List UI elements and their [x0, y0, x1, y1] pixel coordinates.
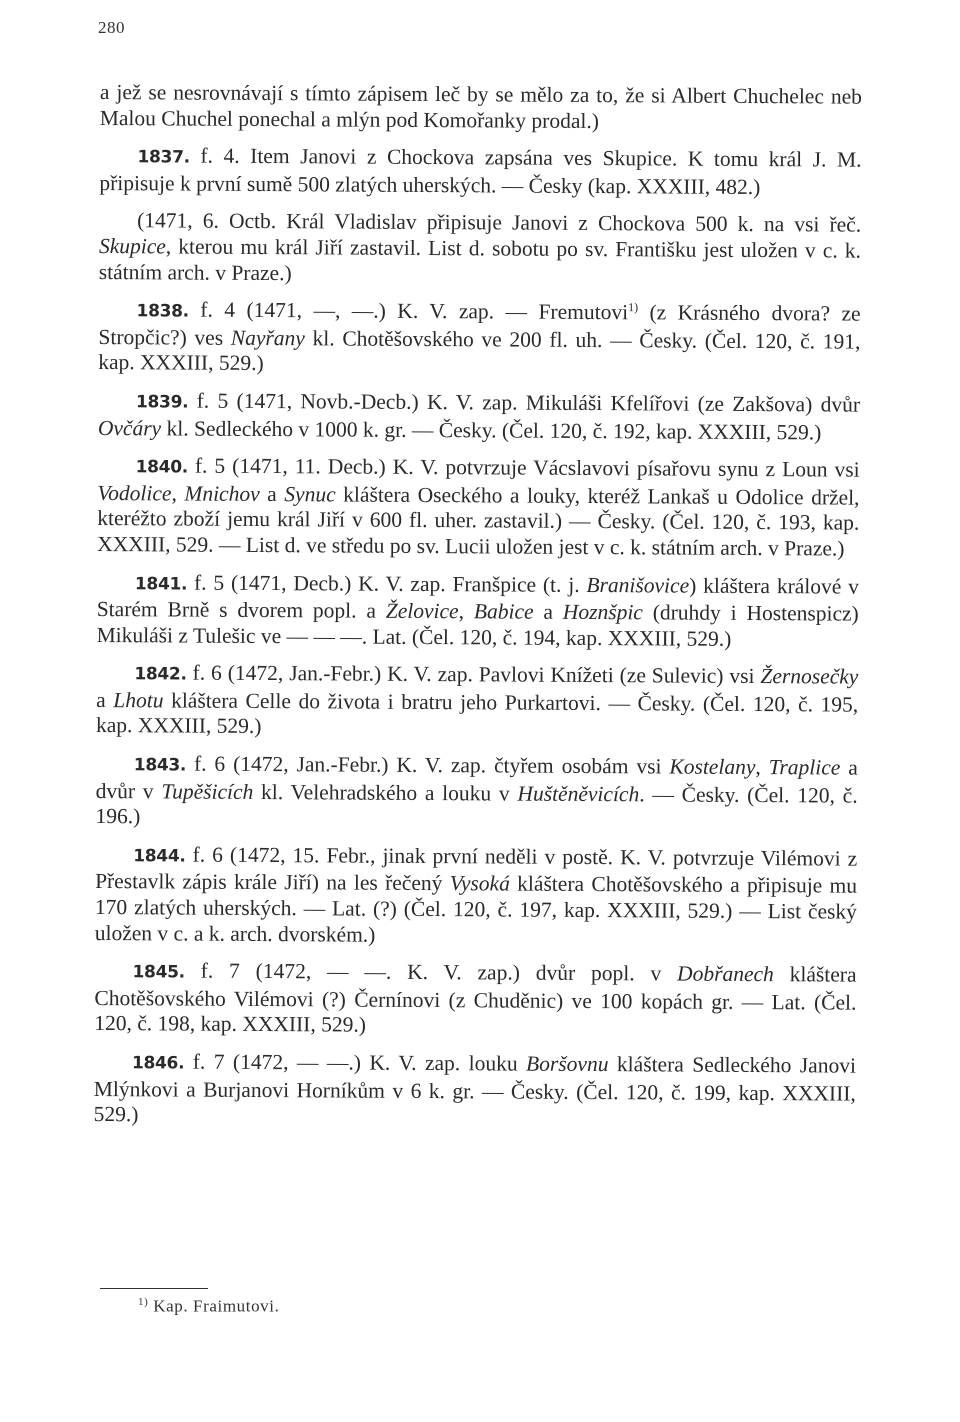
entry-number: 1845.	[132, 962, 184, 982]
place-name: Huštěněvicích	[517, 781, 639, 806]
place-name: Skupice	[99, 234, 166, 258]
place-name: Želovice	[386, 599, 459, 623]
entry-number: 1841.	[135, 574, 187, 594]
place-name: Vodolice	[97, 481, 171, 505]
entry: 1845. f. 7 (1472, — —. K. V. zap.) dvůr …	[94, 958, 856, 1041]
place-name: Boršovnu	[526, 1052, 609, 1077]
entry-number: 1839.	[136, 392, 188, 412]
entry-text: a	[260, 482, 285, 506]
entry-note: (1471, 6. Octb. Král Vladislav připisuje…	[99, 208, 861, 289]
footnote-marker: 1)	[138, 1296, 148, 1308]
page-number: 280	[98, 18, 125, 38]
place-name: Tupěšicích	[161, 779, 253, 804]
place-name: Kostelany	[669, 755, 755, 780]
place-name: Vysoká	[450, 872, 510, 896]
entry-text: f. 4 (1471, —, —.) K. V. zap. — Fremutov…	[189, 298, 628, 325]
footnote-divider	[100, 1288, 208, 1289]
place-name: Branišovice	[586, 572, 689, 597]
entry-text: f. 4. Item Janovi z Chockova zapsána ves…	[99, 144, 861, 199]
place-name: Ovčáry	[98, 416, 161, 440]
entry-number: 1838.	[137, 301, 189, 321]
place-name: Mnichov	[184, 481, 259, 505]
entry-number: 1840.	[136, 457, 188, 477]
entry-text: ,	[171, 481, 184, 505]
entry: 1840. f. 5 (1471, 11. Decb.) K. V. potvr…	[97, 453, 860, 562]
entry: 1843. f. 6 (1472, Jan.-Febr.) K. V. zap.…	[95, 751, 857, 834]
entry-text: kláštera Celle do života i bratru jeho P…	[96, 688, 858, 738]
entry-text: ,	[459, 599, 474, 623]
entry-text: , kterou mu král Jiří zastavil. List d. …	[99, 234, 861, 284]
entry-text: f. 5 (1471, 11. Decb.) K. V. potvrzuje V…	[188, 454, 860, 482]
place-name: Nayřany	[231, 326, 305, 350]
entry: 1841. f. 5 (1471, Decb.) K. V. zap. Fran…	[97, 569, 859, 652]
entry: 1837. f. 4. Item Janovi z Chockova zapsá…	[99, 143, 861, 201]
place-name: Babice	[474, 599, 534, 623]
footnote-reference: 1)	[628, 300, 638, 314]
place-name: Dobřanech	[677, 962, 774, 987]
entry-text: (1471, 6. Octb. Král Vladislav připisuje…	[137, 209, 861, 237]
place-name: Synuc	[284, 482, 335, 506]
entry-number: 1842.	[134, 665, 186, 685]
entry-text: kl. Sedleckého v 1000 k. gr. — Česky. (Č…	[161, 416, 821, 444]
entry: 1842. f. 6 (1472, Jan.-Febr.) K. V. zap.…	[96, 660, 858, 743]
document-body: a jež se nesrovnávají s tímto zápisem le…	[94, 80, 862, 1132]
entry-text: f. 5 (1471, Novb.-Decb.) K. V. zap. Miku…	[188, 388, 860, 416]
entry-text: kl. Velehradského a louku v	[253, 780, 517, 806]
entry-number: 1843.	[134, 755, 186, 775]
entry: 1844. f. 6 (1472, 15. Febr., jinak první…	[95, 842, 858, 951]
entry-number: 1844.	[133, 846, 185, 866]
opening-paragraph: a jež se nesrovnávají s tímto zápisem le…	[100, 80, 862, 136]
entries-list: 1837. f. 4. Item Janovi z Chockova zapsá…	[94, 143, 862, 1132]
entry-text: f. 5 (1471, Decb.) K. V. zap. Franšpice …	[187, 570, 586, 596]
entry: 1839. f. 5 (1471, Novb.-Decb.) K. V. zap…	[98, 388, 860, 446]
entry-text: f. 7 (1472, — —.) K. V. zap. louku	[184, 1050, 526, 1076]
place-name: Hoznšpic	[563, 600, 643, 624]
place-name: Traplice	[769, 755, 841, 779]
entry-number: 1846.	[132, 1053, 184, 1073]
entry: 1846. f. 7 (1472, — —.) K. V. zap. louku…	[94, 1049, 856, 1132]
entry-text: f. 6 (1472, Jan.-Febr.) K. V. zap. čtyře…	[186, 752, 669, 779]
entry-number: 1837.	[137, 147, 189, 167]
entry-text: f. 7 (1472, — —. K. V. zap.) dvůr popl. …	[185, 959, 677, 986]
entry-text: a	[534, 600, 563, 624]
entry-text: ,	[755, 755, 768, 779]
footnote: 1) Kap. Fraimutovi.	[138, 1296, 279, 1317]
entry: 1838. f. 4 (1471, —, —.) K. V. zap. — Fr…	[98, 297, 860, 380]
entry-text: a	[96, 688, 113, 712]
place-name: Lhotu	[113, 688, 163, 712]
place-name: Žernosečky	[760, 664, 858, 689]
footnote-text: Kap. Fraimutovi.	[148, 1297, 279, 1316]
entry-text: f. 6 (1472, Jan.-Febr.) K. V. zap. Pavlo…	[187, 661, 761, 689]
